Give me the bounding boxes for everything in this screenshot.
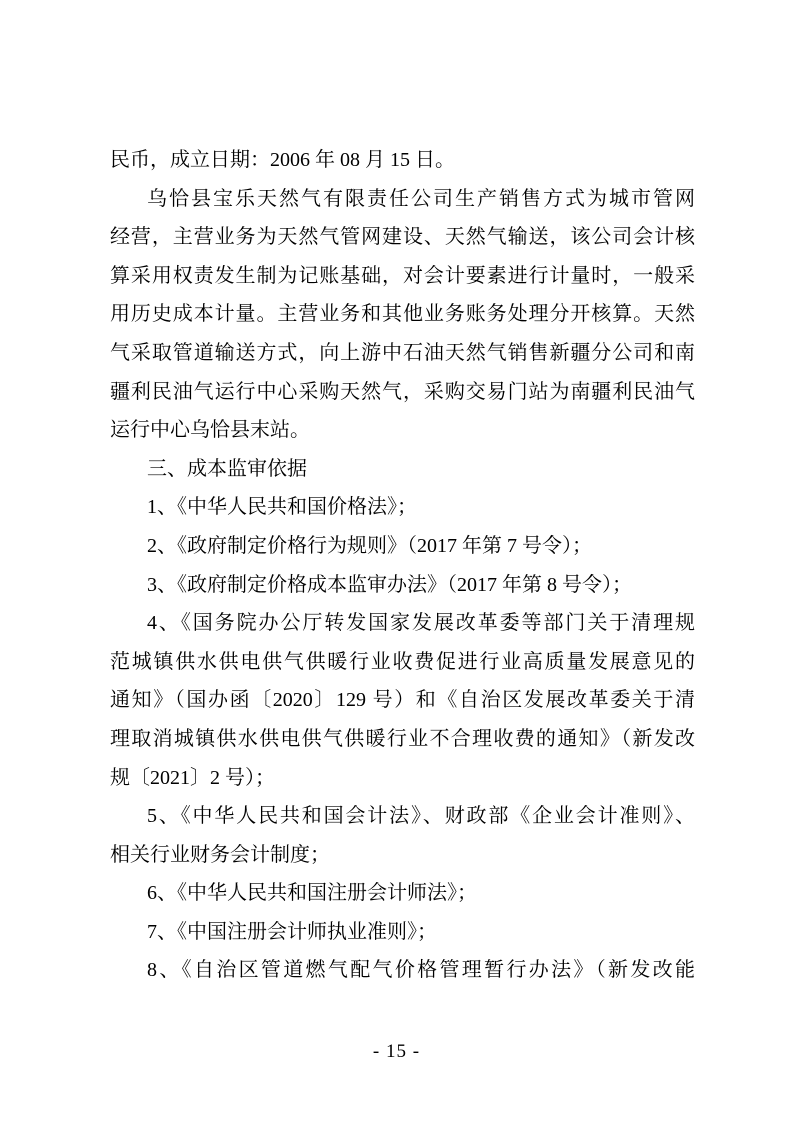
list-item-line: 3、《政府制定价格成本监审办法》（2017 年第 8 号令）； (110, 566, 695, 605)
list-item-line: 1、《中华人民共和国价格法》； (110, 488, 695, 527)
list-item-line: 5、《中华人民共和国会计法》、财政部《企业会计准则》、 (110, 797, 695, 836)
body-paragraph-line: 疆利民油气运行中心采购天然气，采购交易门站为南疆利民油气 (110, 373, 695, 412)
list-item-line: 2、《政府制定价格行为规则》（2017 年第 7 号令）； (110, 527, 695, 566)
list-item-line: 7、《中国注册会计师执业准则》； (110, 913, 695, 952)
body-paragraph-line: 用历史成本计量。主营业务和其他业务账务处理分开核算。天然 (110, 295, 695, 334)
page-number: - 15 - (0, 1040, 793, 1064)
section-heading-line: 三、成本监审依据 (110, 450, 695, 489)
list-item-line: 6、《中华人民共和国注册会计师法》； (110, 874, 695, 913)
document-page: 民币，成立日期：2006 年 08 月 15 日。乌恰县宝乐天然气有限责任公司生… (0, 0, 793, 1122)
body-paragraph-line: 气采取管道输送方式，向上游中石油天然气销售新疆分公司和南 (110, 334, 695, 373)
list-item-line: 相关行业财务会计制度； (110, 836, 695, 875)
list-item-line: 通知》（国办函〔2020〕129 号）和《自治区发展改革委关于清 (110, 681, 695, 720)
list-item-line: 理取消城镇供水供电供气供暖行业不合理收费的通知》（新发改 (110, 720, 695, 759)
body-paragraph-line: 算采用权责发生制为记账基础，对会计要素进行计量时，一般采 (110, 257, 695, 296)
body-paragraph-line: 民币，成立日期：2006 年 08 月 15 日。 (110, 141, 695, 180)
list-item-line: 范城镇供水供电供气供暖行业收费促进行业高质量发展意见的 (110, 643, 695, 682)
body-paragraph-line: 运行中心乌恰县末站。 (110, 411, 695, 450)
body-paragraph-line: 经营，主营业务为天然气管网建设、天然气输送，该公司会计核 (110, 218, 695, 257)
body-paragraph-line: 乌恰县宝乐天然气有限责任公司生产销售方式为城市管网 (110, 180, 695, 219)
document-body: 民币，成立日期：2006 年 08 月 15 日。乌恰县宝乐天然气有限责任公司生… (110, 141, 695, 990)
list-item-line: 8、《自治区管道燃气配气价格管理暂行办法》（新发改能 (110, 951, 695, 990)
list-item-line: 规〔2021〕2 号）； (110, 759, 695, 798)
list-item-line: 4、《国务院办公厅转发国家发展改革委等部门关于清理规 (110, 604, 695, 643)
